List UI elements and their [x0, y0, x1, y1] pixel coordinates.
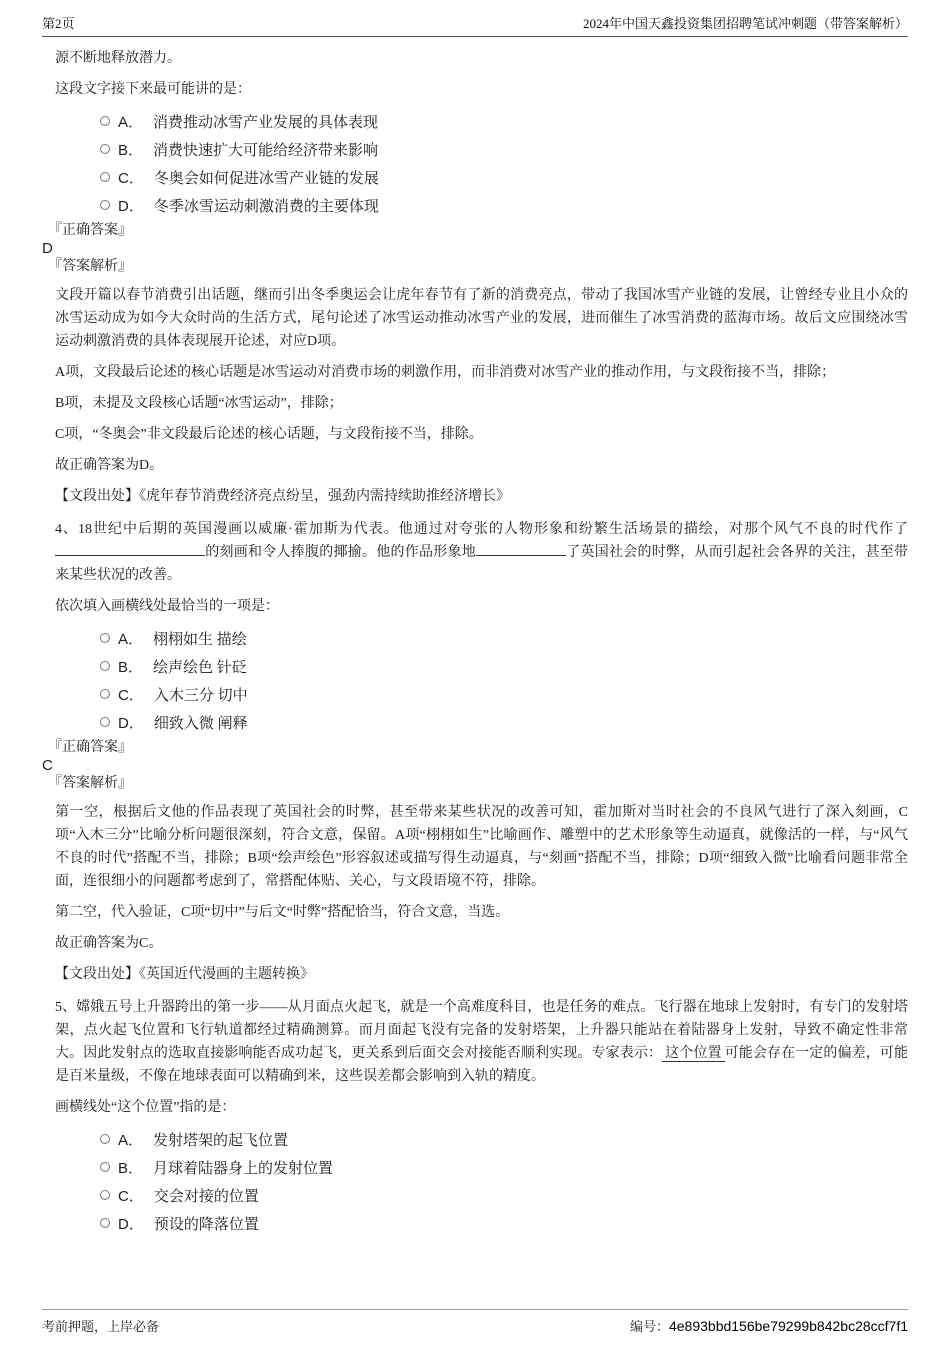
- option-letter: D．: [118, 1213, 144, 1234]
- radio-button[interactable]: [100, 200, 110, 210]
- option-letter: B．: [118, 656, 143, 677]
- page-header: 第2页 2024年中国天鑫投资集团招聘笔试冲刺题（带答案解析）: [42, 0, 908, 37]
- option-letter: A．: [118, 111, 143, 132]
- question-prompt: 画横线处“这个位置”指的是：: [42, 1096, 908, 1119]
- option-text: 消费快速扩大可能给经济带来影响: [153, 139, 378, 160]
- source-reference: 【文段出处】《英国近代漫画的主题转换》: [42, 963, 908, 986]
- option-letter: A．: [118, 1129, 143, 1150]
- radio-button[interactable]: [100, 1162, 110, 1172]
- option-letter: C．: [118, 167, 144, 188]
- doc-code-label: 编号：: [630, 1319, 669, 1334]
- option-text: 冬季冰雪运动刺激消费的主要体现: [154, 195, 379, 216]
- option-row: C． 入木三分 切中: [42, 680, 908, 708]
- analysis-label: 『答案解析』: [42, 258, 908, 276]
- options-list: A． 发射塔架的起飞位置 B． 月球着陆器身上的发射位置 C． 交会对接的位置 …: [42, 1125, 908, 1237]
- option-letter: B．: [118, 1157, 143, 1178]
- options-list: A． 消费推动冰雪产业发展的具体表现 B． 消费快速扩大可能给经济带来影响 C．…: [42, 107, 908, 219]
- option-text: 绘声绘色 针砭: [153, 656, 247, 677]
- option-letter: C．: [118, 684, 144, 705]
- analysis-paragraph: A项，文段最后论述的核心话题是冰雪运动对消费市场的刺激作用，而非消费对冰雪产业的…: [42, 361, 908, 384]
- option-row: B． 绘声绘色 针砭: [42, 652, 908, 680]
- analysis-label: 『答案解析』: [42, 775, 908, 793]
- radio-button[interactable]: [100, 116, 110, 126]
- fill-blank-line: [55, 543, 205, 556]
- radio-button[interactable]: [100, 1218, 110, 1228]
- option-text: 消费推动冰雪产业发展的具体表现: [153, 111, 378, 132]
- answer-value: C: [42, 757, 908, 775]
- doc-code-wrap: 编号：4e893bbd156be79299b842bc28ccf7f1: [630, 1316, 908, 1335]
- answer-label: 『正确答案』: [42, 739, 908, 757]
- option-text: 入木三分 切中: [154, 684, 248, 705]
- option-row: A． 栩栩如生 描绘: [42, 624, 908, 652]
- footer-slogan: 考前押题，上岸必备: [42, 1316, 159, 1335]
- analysis-paragraph: B项，未提及文段核心话题“冰雪运动”，排除；: [42, 392, 908, 415]
- option-text: 月球着陆器身上的发射位置: [153, 1157, 333, 1178]
- underlined-phrase: 这个位置: [662, 1046, 724, 1062]
- option-text: 预设的降落位置: [154, 1213, 259, 1234]
- option-letter: D．: [118, 195, 144, 216]
- option-row: A． 消费推动冰雪产业发展的具体表现: [42, 107, 908, 135]
- option-row: C． 冬奥会如何促进冰雪产业链的发展: [42, 163, 908, 191]
- radio-button[interactable]: [100, 144, 110, 154]
- option-text: 发射塔架的起飞位置: [153, 1129, 288, 1150]
- option-row: B． 消费快速扩大可能给经济带来影响: [42, 135, 908, 163]
- answer-block: 『正确答案』 D 『答案解析』: [42, 222, 908, 276]
- source-reference: 【文段出处】《虎年春节消费经济亮点纷呈，强劲内需持续助推经济增长》: [42, 485, 908, 508]
- radio-button[interactable]: [100, 1134, 110, 1144]
- question-text: 4、18世纪中后期的英国漫画以威廉·霍加斯为代表。他通过对夸张的人物形象和纷繁生…: [42, 518, 908, 587]
- fill-blank-line: [476, 543, 566, 556]
- option-row: D． 预设的降落位置: [42, 1209, 908, 1237]
- radio-button[interactable]: [100, 689, 110, 699]
- analysis-paragraph: 故正确答案为D。: [42, 454, 908, 477]
- answer-block: 『正确答案』 C 『答案解析』: [42, 739, 908, 793]
- radio-button[interactable]: [100, 661, 110, 671]
- document-title: 2024年中国天鑫投资集团招聘笔试冲刺题（带答案解析）: [583, 13, 908, 32]
- analysis-paragraph: 第一空，根据后文他的作品表现了英国社会的时弊，甚至带来某些状况的改善可知，霍加斯…: [42, 801, 908, 893]
- option-row: D． 细致入微 阐释: [42, 708, 908, 736]
- options-list: A． 栩栩如生 描绘 B． 绘声绘色 针砭 C． 入木三分 切中 D． 细致入微…: [42, 624, 908, 736]
- option-text: 冬奥会如何促进冰雪产业链的发展: [154, 167, 379, 188]
- answer-label: 『正确答案』: [42, 222, 908, 240]
- radio-button[interactable]: [100, 717, 110, 727]
- page-footer: 考前押题，上岸必备 编号：4e893bbd156be79299b842bc28c…: [42, 1309, 908, 1335]
- option-row: D． 冬季冰雪运动刺激消费的主要体现: [42, 191, 908, 219]
- question-prompt: 这段文字接下来最可能讲的是：: [42, 78, 908, 101]
- question-prompt: 依次填入画横线处最恰当的一项是：: [42, 595, 908, 618]
- document-body: 源不断地释放潜力。 这段文字接下来最可能讲的是： A． 消费推动冰雪产业发展的具…: [42, 47, 908, 1237]
- question-text-segment: 4、18世纪中后期的英国漫画以威廉·霍加斯为代表。他通过对夸张的人物形象和纷繁生…: [55, 522, 908, 537]
- analysis-paragraph: 第二空，代入验证，C项“切中”与后文“时弊”搭配恰当，符合文意，当选。: [42, 901, 908, 924]
- answer-value: D: [42, 240, 908, 258]
- page-number: 第2页: [42, 13, 75, 32]
- option-letter: A．: [118, 628, 143, 649]
- analysis-paragraph: C项，“冬奥会”非文段最后论述的核心话题，与文段衔接不当，排除。: [42, 423, 908, 446]
- doc-code: 4e893bbd156be79299b842bc28ccf7f1: [669, 1318, 908, 1334]
- option-row: C． 交会对接的位置: [42, 1181, 908, 1209]
- option-letter: C．: [118, 1185, 144, 1206]
- radio-button[interactable]: [100, 1190, 110, 1200]
- radio-button[interactable]: [100, 633, 110, 643]
- radio-button[interactable]: [100, 172, 110, 182]
- option-row: B． 月球着陆器身上的发射位置: [42, 1153, 908, 1181]
- question-text-tail: 源不断地释放潜力。: [42, 47, 908, 70]
- option-text: 交会对接的位置: [154, 1185, 259, 1206]
- analysis-paragraph: 文段开篇以春节消费引出话题，继而引出冬季奥运会让虎年春节有了新的消费亮点，带动了…: [42, 284, 908, 353]
- option-row: A． 发射塔架的起飞位置: [42, 1125, 908, 1153]
- option-letter: D．: [118, 712, 144, 733]
- question-text: 5、嫦娥五号上升器跨出的第一步——从月面点火起飞，就是一个高难度科目，也是任务的…: [42, 996, 908, 1088]
- analysis-paragraph: 故正确答案为C。: [42, 932, 908, 955]
- question-text-segment: 的刻画和令人捧腹的揶揄。他的作品形象地: [205, 545, 476, 560]
- option-letter: B．: [118, 139, 143, 160]
- option-text: 细致入微 阐释: [154, 712, 248, 733]
- option-text: 栩栩如生 描绘: [153, 628, 247, 649]
